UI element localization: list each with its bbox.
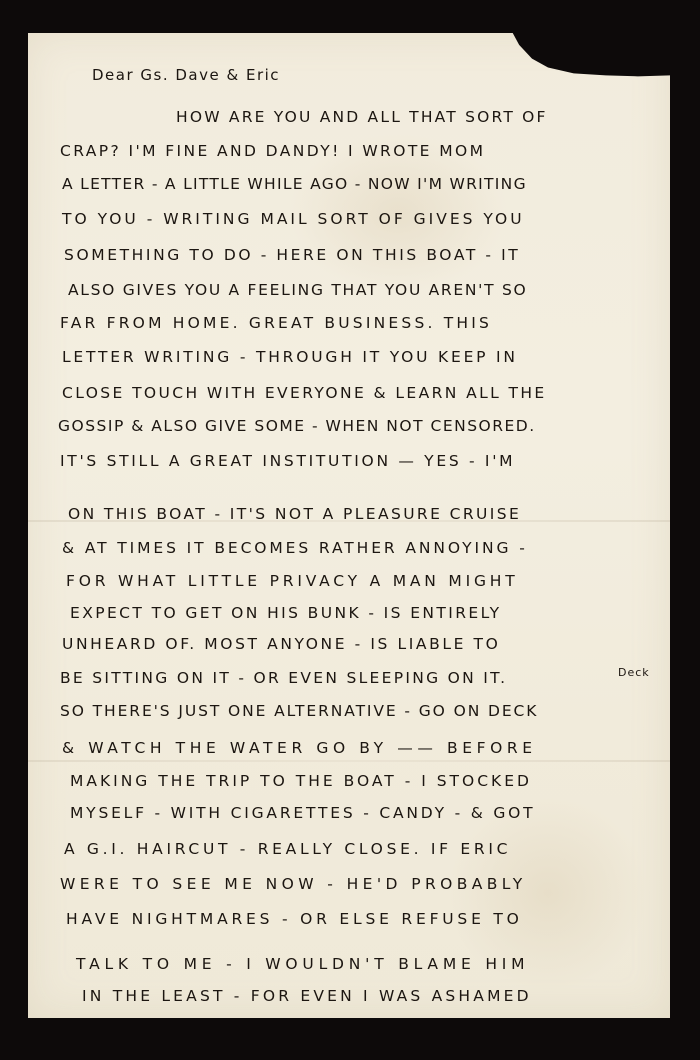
letter-line: So there's just one alternative - Go on … — [60, 702, 538, 720]
letter-line: for what little privacy a man might — [66, 572, 519, 590]
letter-line: unheard of. Most anyone - is liable to — [62, 635, 500, 653]
fold-crease — [28, 760, 670, 762]
letter-line: also gives you a feeling that you aren't… — [68, 281, 527, 299]
letter-line: were to see me now - he'd probably — [60, 875, 527, 893]
letter-line: to you - Writing mail sort of gives you — [62, 210, 525, 228]
letter-line: gossip & also give some - when not censo… — [58, 417, 536, 435]
inserted-word-deck: Deck — [618, 666, 650, 679]
letter-line: a G.I. haircut - really close. If Eric — [64, 840, 511, 858]
letter-line: & at times it becomes rather annoying - — [62, 539, 528, 557]
letter-line: It's still a great institution — Yes - I… — [60, 452, 515, 470]
letter-line: expect to get on his bunk - is entirely — [70, 604, 501, 622]
letter-line: crap? I'm fine and dandy! I wrote Mom — [60, 142, 485, 160]
letter-line: a letter - a little while ago - now I'm … — [62, 175, 527, 193]
letter-line: myself - with cigarettes - candy - & got — [70, 804, 535, 822]
salutation: Dear Gs. Dave & Eric — [92, 66, 280, 84]
letter-line: far from home. Great business. This — [60, 314, 492, 332]
letter-line: on this boat - it's not a pleasure cruis… — [68, 505, 521, 523]
letter-line: in the least - for even I was ashamed — [82, 987, 532, 1005]
letter-line: talk to me - I wouldn't blame him — [76, 955, 529, 973]
letter-line: something to do - here on this boat - it — [64, 246, 520, 264]
letter-line: letter writing - through it you keep in — [62, 348, 518, 366]
letter-line: have nightmares - or else refuse to — [66, 910, 523, 928]
letter-line: be sitting on it - or even sleeping on i… — [60, 669, 507, 687]
letter-line: & watch the water go by —— Before — [62, 739, 537, 757]
letter-line: How are you and all that sort of — [176, 108, 548, 126]
letter-line: close touch with everyone & learn all th… — [62, 384, 547, 402]
letter-line: making the trip to the boat - I stocked — [70, 772, 532, 790]
